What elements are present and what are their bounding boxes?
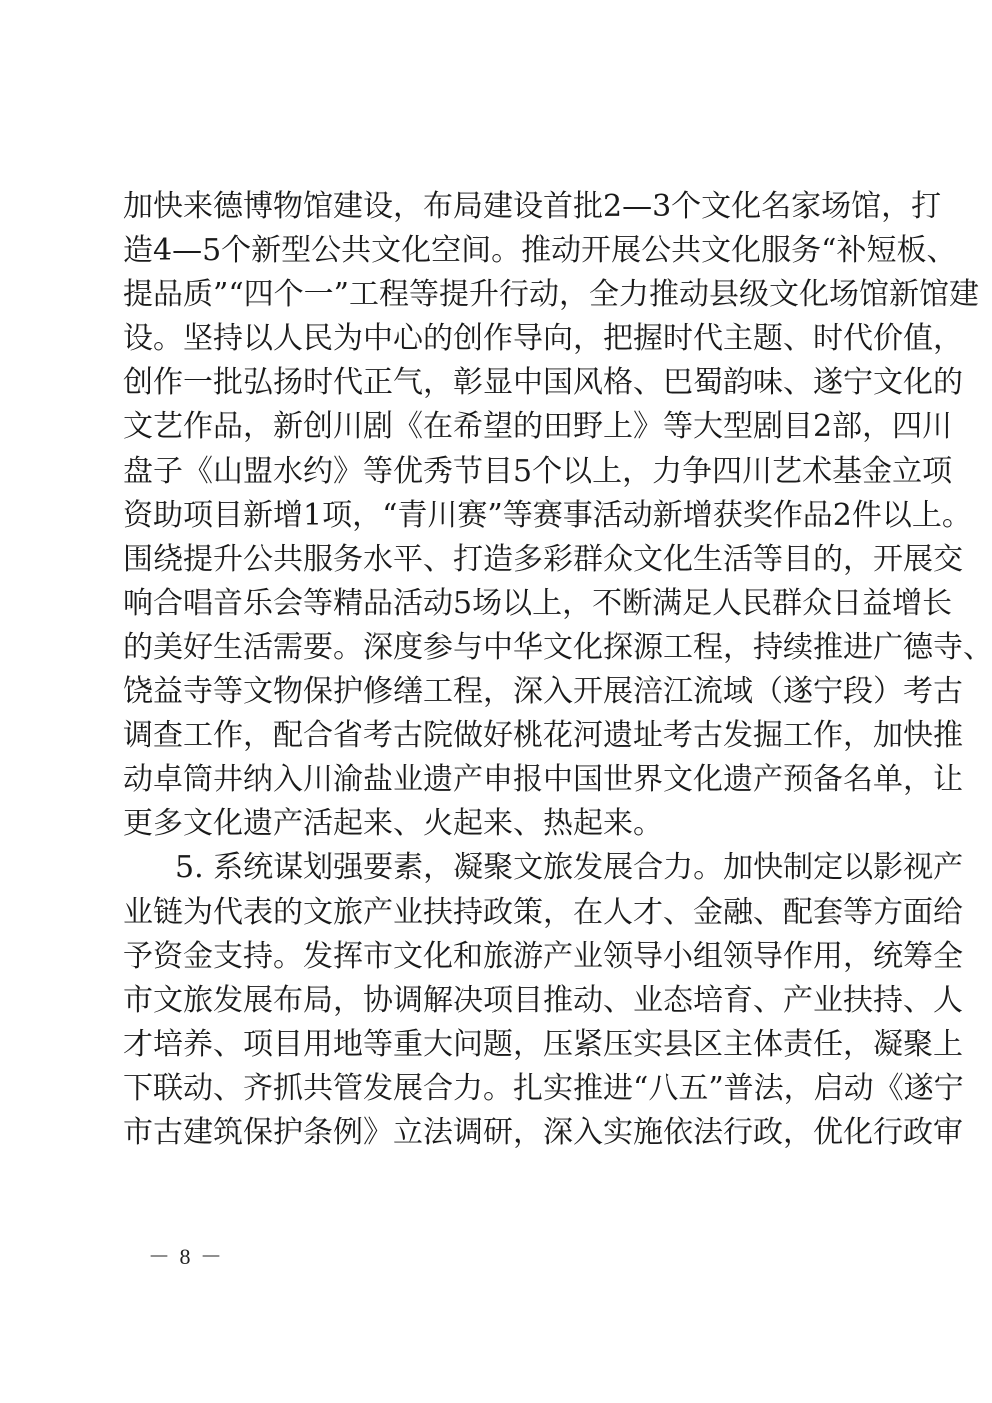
text-line: 围绕提升公共服务水平、打造多彩群众文化生活等目的，开展交: [123, 538, 863, 582]
section-heading-line: 5. 系统谋划强要素，凝聚文旅发展合力。加快制定以影视产: [123, 846, 863, 890]
text-line: 创作一批弘扬时代正气，彰显中国风格、巴蜀韵味、遂宁文化的: [123, 361, 863, 405]
text-line: 响合唱音乐会等精品活动5场以上，不断满足人民群众日益增长: [123, 582, 863, 626]
text-line: 更多文化遗产活起来、火起来、热起来。: [123, 802, 863, 846]
text-line: 市文旅发展布局，协调解决项目推动、业态培育、产业扶持、人: [123, 979, 863, 1023]
body-text: 加快来德博物馆建设，布局建设首批2—3个文化名家场馆，打 造4—5个新型公共文化…: [123, 185, 863, 1155]
text-line: 盘子《山盟水约》等优秀节目5个以上，力争四川艺术基金立项: [123, 450, 863, 494]
text-line: 才培养、项目用地等重大问题，压紧压实县区主体责任，凝聚上: [123, 1023, 863, 1067]
text-line: 予资金支持。发挥市文化和旅游产业领导小组领导作用，统筹全: [123, 935, 863, 979]
text-line: 饶益寺等文物保护修缮工程，深入开展涪江流域（遂宁段）考古: [123, 670, 863, 714]
text-line: 造4—5个新型公共文化空间。推动开展公共文化服务“补短板、: [123, 229, 863, 273]
text-line: 下联动、齐抓共管发展合力。扎实推进“八五”普法，启动《遂宁: [123, 1067, 863, 1111]
text-line: 加快来德博物馆建设，布局建设首批2—3个文化名家场馆，打: [123, 185, 863, 229]
text-line: 提品质”“四个一”工程等提升行动，全力推动县级文化场馆新馆建: [123, 273, 863, 317]
text-line: 调查工作，配合省考古院做好桃花河遗址考古发掘工作，加快推: [123, 714, 863, 758]
text-line: 资助项目新增1项，“青川赛”等赛事活动新增获奖作品2件以上。: [123, 494, 863, 538]
text-line: 设。坚持以人民为中心的创作导向，把握时代主题、时代价值，: [123, 317, 863, 361]
text-line: 动卓筒井纳入川渝盐业遗产申报中国世界文化遗产预备名单，让: [123, 758, 863, 802]
text-line: 的美好生活需要。深度参与中华文化探源工程，持续推进广德寺、: [123, 626, 863, 670]
page-number: － 8 －: [148, 1240, 224, 1271]
text-line: 市古建筑保护条例》立法调研，深入实施依法行政，优化行政审: [123, 1111, 863, 1155]
text-line: 文艺作品，新创川剧《在希望的田野上》等大型剧目2部，四川: [123, 405, 863, 449]
document-page: 加快来德博物馆建设，布局建设首批2—3个文化名家场馆，打 造4—5个新型公共文化…: [0, 0, 992, 1403]
text-line: 业链为代表的文旅产业扶持政策，在人才、金融、配套等方面给: [123, 891, 863, 935]
